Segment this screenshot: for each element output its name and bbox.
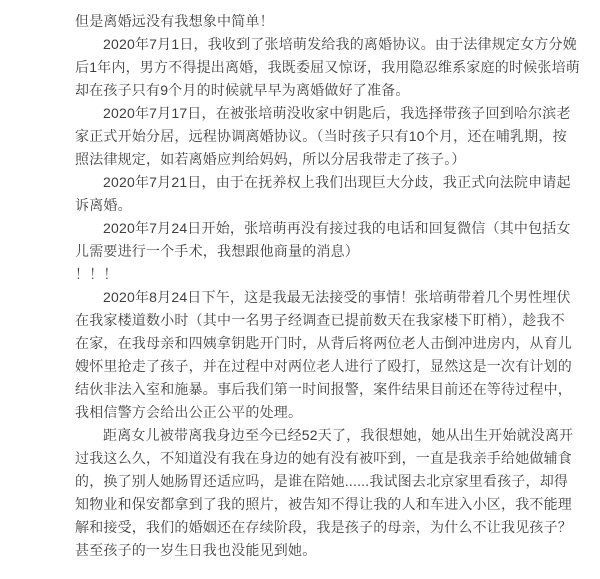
text-line: 儿需要进行一个手术，我想跟他商量的消息） — [75, 240, 582, 263]
paragraph: 2020年7月1日，我收到了张培萌发给我的离婚协议。由于法律规定女方分娩后1年内… — [75, 33, 582, 102]
text-line: 在家，在我母亲和四姨拿钥匙开门时，从背后将两位老人击倒冲进房内，从育儿 — [75, 332, 582, 355]
text-line: 距离女儿被带离我身边至今已经52天了，我很想她，她从出生开始就没离开 — [75, 424, 582, 447]
paragraph: 2020年7月17日，在被张培萌没收家中钥匙后，我选择带孩子回到哈尔滨老家正式开… — [75, 102, 582, 171]
text-line: 2020年7月1日，我收到了张培萌发给我的离婚协议。由于法律规定女方分娩 — [75, 33, 582, 56]
text-line: 过我这么久，不知道没有我在身边的她有没有被吓到，一直是我亲手给她做辅食 — [75, 447, 582, 470]
paragraph: 2020年7月24日开始，张培萌再没有接过我的电话和回复微信（其中包括女儿需要进… — [75, 217, 582, 263]
text-line: 结伙非法入室和施暴。事后我们第一时间报警，案件结果目前还在等待过程中， — [75, 378, 582, 401]
article-text: 但是离婚远没有我想象中简单！2020年7月1日，我收到了张培萌发给我的离婚协议。… — [0, 0, 600, 562]
text-line: 嫂怀里抢走了孩子，并在过程中对两位老人进行了殴打，显然这是一次有计划的 — [75, 355, 582, 378]
text-line: 甚至孩子的一岁生日我也没能见到她。 — [75, 539, 582, 562]
text-line: 照法律规定，如若离婚应判给妈妈，所以分居我带走了孩子。） — [75, 148, 582, 171]
paragraph: ！！！ — [75, 263, 582, 286]
paragraph: 但是离婚远没有我想象中简单！ — [75, 10, 582, 33]
text-line: 却在孩子只有9个月的时候就早早为离婚做好了准备。 — [75, 79, 582, 102]
paragraph: 2020年7月21日，由于在抚养权上我们出现巨大分歧，我正式向法院申请起诉离婚。 — [75, 171, 582, 217]
text-line: 2020年8月24日下午，这是我最无法接受的事情！张培萌带着几个男性埋伏 — [75, 286, 582, 309]
text-line: 后1年内，男方不得提出离婚，我既委屈又惊讶，我用隐忍维系家庭的时候张培萌 — [75, 56, 582, 79]
text-line: 知物业和保安都拿到了我的照片，被告知不得让我的人和车进入小区，我不能理 — [75, 493, 582, 516]
text-line: 2020年7月24日开始，张培萌再没有接过我的电话和回复微信（其中包括女 — [75, 217, 582, 240]
paragraph: 2020年8月24日下午，这是我最无法接受的事情！张培萌带着几个男性埋伏在我家楼… — [75, 286, 582, 424]
text-line: ！！！ — [75, 263, 582, 286]
text-line: 2020年7月21日，由于在抚养权上我们出现巨大分歧，我正式向法院申请起 — [75, 171, 582, 194]
text-line: 2020年7月17日，在被张培萌没收家中钥匙后，我选择带孩子回到哈尔滨老 — [75, 102, 582, 125]
text-line: 解和接受，我们的婚姻还在存续阶段，我是孩子的母亲，为什么不让我见孩子？ — [75, 516, 582, 539]
text-line: 在我家楼道数小时（其中一名男子经调查已提前数天在我家楼下盯梢），趁我不 — [75, 309, 582, 332]
text-line: 的，换了别人她肠胃还适应吗，是谁在陪她......我试图去北京家里看孩子，却得 — [75, 470, 582, 493]
paragraph: 距离女儿被带离我身边至今已经52天了，我很想她，她从出生开始就没离开过我这么久，… — [75, 424, 582, 562]
text-line: 但是离婚远没有我想象中简单！ — [75, 10, 582, 33]
text-line: 诉离婚。 — [75, 194, 582, 217]
text-line: 家正式开始分居，远程协调离婚协议。（当时孩子只有10个月，还在哺乳期，按 — [75, 125, 582, 148]
text-line: 我相信警方会给出公正公平的处理。 — [75, 401, 582, 424]
